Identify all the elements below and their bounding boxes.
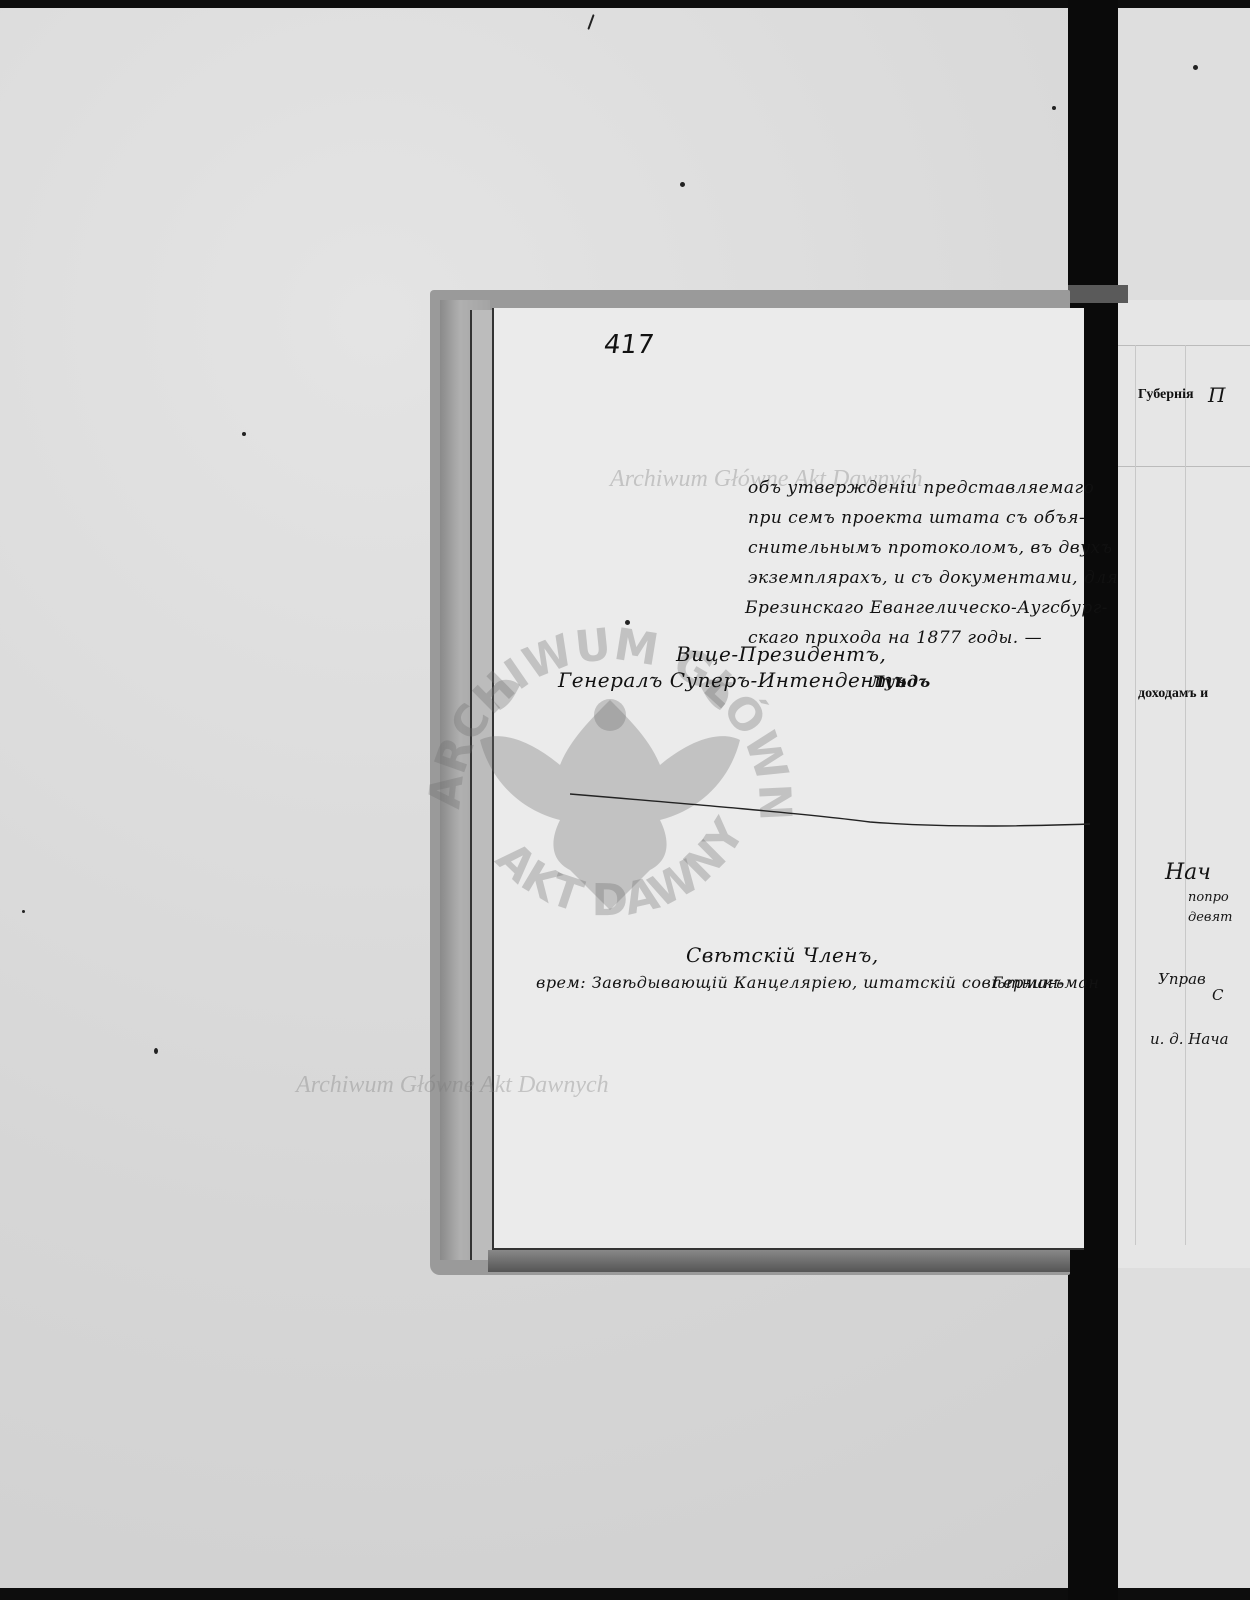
paper-crease-line xyxy=(570,790,1090,830)
secular-member-title: Свѣтскій Членъ, xyxy=(686,943,879,967)
chancellery-line: врем: Завѣдывающій Канцеляріею, штатскій… xyxy=(536,973,1065,992)
folder-bottom-edge xyxy=(488,1250,1070,1272)
dust-speck xyxy=(1052,106,1056,110)
adjacent-hand-line: С xyxy=(1212,986,1223,1004)
adjacent-hand-line: и. д. Нача xyxy=(1150,1030,1229,1048)
body-line: снительнымъ протоколомъ, въ двухъ xyxy=(748,538,1112,558)
dust-speck xyxy=(625,620,630,625)
vice-president-title: Вице-Президентъ, xyxy=(676,642,886,666)
film-separator-notch xyxy=(1068,285,1128,303)
body-line: экземплярахъ, и съ документами, для xyxy=(748,568,1118,588)
body-line: при семъ проекта штата съ объя- xyxy=(748,508,1085,528)
adjacent-label-guberniya-hand: П xyxy=(1208,383,1225,407)
folio-number: 417 xyxy=(602,330,656,360)
film-top-border xyxy=(0,0,1250,8)
dust-speck xyxy=(1193,65,1198,70)
body-line: Брезинскаго Евангелическо-Аугсбург- xyxy=(745,598,1108,618)
dust-speck xyxy=(154,1048,158,1054)
adjacent-label-guberniya: Губернія xyxy=(1138,387,1194,403)
dust-speck xyxy=(242,432,246,436)
adjacent-page-rule xyxy=(1185,345,1186,1245)
dust-speck xyxy=(680,182,685,187)
adjacent-page-table-header xyxy=(1112,345,1250,467)
body-line: объ утвержденіи представляемаго xyxy=(748,478,1094,498)
general-superintendent-signature: Лундъ xyxy=(870,672,931,691)
general-superintendent-title: Генералъ Суперъ-Интендентъ xyxy=(558,668,907,692)
adjacent-hand-line: попро xyxy=(1188,890,1229,905)
adjacent-page-rule xyxy=(1135,345,1136,1245)
adjacent-hand-line: девят xyxy=(1188,910,1232,925)
dust-speck xyxy=(22,910,25,913)
adjacent-hand-line: Нач xyxy=(1165,860,1211,885)
adjacent-hand-line: Управ xyxy=(1158,970,1206,988)
watermark-text-bottom: Archiwum Główne Akt Dawnych xyxy=(296,1072,609,1099)
chancellery-signature: Герман-ман xyxy=(992,973,1099,992)
film-bottom-border xyxy=(0,1588,1250,1600)
adjacent-label-dokhodam: доходамъ и xyxy=(1138,686,1208,702)
